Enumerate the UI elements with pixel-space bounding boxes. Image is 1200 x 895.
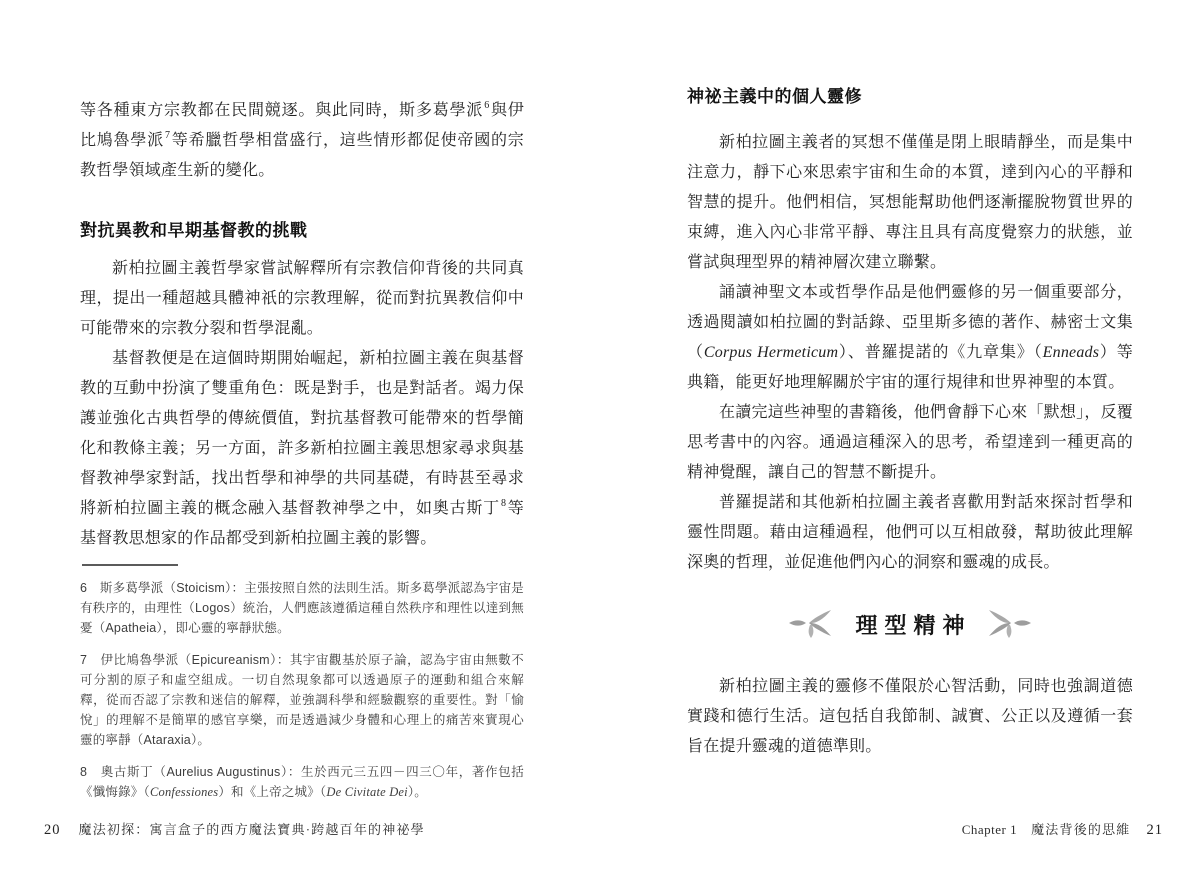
running-title: 魔法初探：寓言盒子的西方魔法寶典·跨越百年的神祕學: [79, 822, 425, 837]
footnote-separator: [82, 564, 178, 566]
text-run: 新柏拉圖主義者的冥想不僅僅是閉上眼睛靜坐，而是集中注意力，靜下心來思索宇宙和生命…: [687, 134, 1133, 271]
footnote-ref: 6: [484, 100, 489, 111]
chapter-label: Chapter 1: [962, 822, 1017, 837]
body-paragraph: 在讀完這些神聖的書籍後，他們會靜下心來「默想」，反覆思考書中的內容。通過這種深入…: [687, 398, 1133, 488]
text-run: ）、普羅提諾的《九章集》（: [838, 344, 1042, 361]
leaf-flourish-icon: [988, 609, 1032, 639]
body-paragraph: 等各種東方宗教都在民間競逐。與此同時，斯多葛學派6與伊比鳩魯學派7等希臘哲學相當…: [80, 96, 524, 186]
text-run: 新柏拉圖主義哲學家嘗試解釋所有宗教信仰背後的共同真理，提出一種超越具體神祇的宗教…: [80, 260, 524, 337]
text-run: 等各種東方宗教都在民間競逐。與此同時，斯多葛學派: [80, 102, 483, 119]
text-run: ）。: [408, 785, 427, 799]
chapter-title: 魔法背後的思維: [1031, 822, 1130, 837]
footnote-ref: 7: [165, 130, 170, 141]
left-page-footer: 20魔法初探：寓言盒子的西方魔法寶典·跨越百年的神祕學: [44, 819, 425, 839]
book-spread: 等各種東方宗教都在民間競逐。與此同時，斯多葛學派6與伊比鳩魯學派7等希臘哲學相當…: [0, 0, 1200, 895]
latin-title: Confessiones: [150, 785, 218, 799]
latin-title: Enneads: [1043, 344, 1100, 361]
body-paragraph: 新柏拉圖主義者的冥想不僅僅是閉上眼睛靜坐，而是集中注意力，靜下心來思索宇宙和生命…: [687, 128, 1133, 278]
footnote: 7 伊比鳩魯學派（Epicureanism）：其宇宙觀基於原子論，認為宇宙由無數…: [80, 650, 524, 750]
text-run: 6 斯多葛學派（Stoicism）：主張按照自然的法則生活。斯多葛學派認為宇宙是…: [80, 581, 524, 635]
footnote: 8 奧古斯丁（Aurelius Augustinus）：生於西元三五四－四三〇年…: [80, 762, 524, 802]
text-run: 在讀完這些神聖的書籍後，他們會靜下心來「默想」，反覆思考書中的內容。通過這種深入…: [687, 404, 1133, 481]
footnote-ref: 8: [501, 498, 506, 509]
page-number: 21: [1147, 822, 1164, 838]
left-text-column: 等各種東方宗教都在民間競逐。與此同時，斯多葛學派6與伊比鳩魯學派7等希臘哲學相當…: [80, 96, 524, 814]
decorative-heading: 理型精神: [687, 602, 1133, 646]
body-paragraph: 普羅提諾和其他新柏拉圖主義者喜歡用對話來探討哲學和靈性問題。藉由這種過程，他們可…: [687, 488, 1133, 578]
latin-title: Corpus Hermeticum: [704, 344, 838, 361]
page-number: 20: [44, 822, 61, 838]
right-text-column: 神祕主義中的個人靈修 新柏拉圖主義者的冥想不僅僅是閉上眼睛靜坐，而是集中注意力，…: [687, 82, 1133, 762]
section-heading: 神祕主義中的個人靈修: [687, 82, 1133, 112]
text-run: 7 伊比鳩魯學派（Epicureanism）：其宇宙觀基於原子論，認為宇宙由無數…: [80, 653, 524, 747]
right-page-footer: Chapter 1魔法背後的思維21: [962, 819, 1163, 839]
text-run: 新柏拉圖主義的靈修不僅限於心智活動，同時也強調道德實踐和德行生活。這包括自我節制…: [687, 678, 1133, 755]
body-paragraph: 誦讀神聖文本或哲學作品是他們靈修的另一個重要部分，透過閱讀如柏拉圖的對話錄、亞里…: [687, 278, 1133, 398]
footnotes-block: 6 斯多葛學派（Stoicism）：主張按照自然的法則生活。斯多葛學派認為宇宙是…: [80, 578, 524, 802]
leaf-flourish-icon: [788, 609, 832, 639]
body-paragraph: 基督教便是在這個時期開始崛起，新柏拉圖主義在與基督教的互動中扮演了雙重角色：既是…: [80, 344, 524, 554]
latin-title: De Civitate Dei: [326, 785, 407, 799]
text-run: ）和《上帝之城》（: [218, 785, 326, 799]
section-heading: 對抗異教和早期基督教的挑戰: [80, 216, 524, 246]
text-run: 普羅提諾和其他新柏拉圖主義者喜歡用對話來探討哲學和靈性問題。藉由這種過程，他們可…: [687, 494, 1133, 571]
footnote: 6 斯多葛學派（Stoicism）：主張按照自然的法則生活。斯多葛學派認為宇宙是…: [80, 578, 524, 638]
body-paragraph: 新柏拉圖主義的靈修不僅限於心智活動，同時也強調道德實踐和德行生活。這包括自我節制…: [687, 672, 1133, 762]
text-run: 基督教便是在這個時期開始崛起，新柏拉圖主義在與基督教的互動中扮演了雙重角色：既是…: [80, 350, 524, 517]
ornament-heading-title: 理型精神: [848, 609, 971, 640]
body-paragraph: 新柏拉圖主義哲學家嘗試解釋所有宗教信仰背後的共同真理，提出一種超越具體神祇的宗教…: [80, 254, 524, 344]
